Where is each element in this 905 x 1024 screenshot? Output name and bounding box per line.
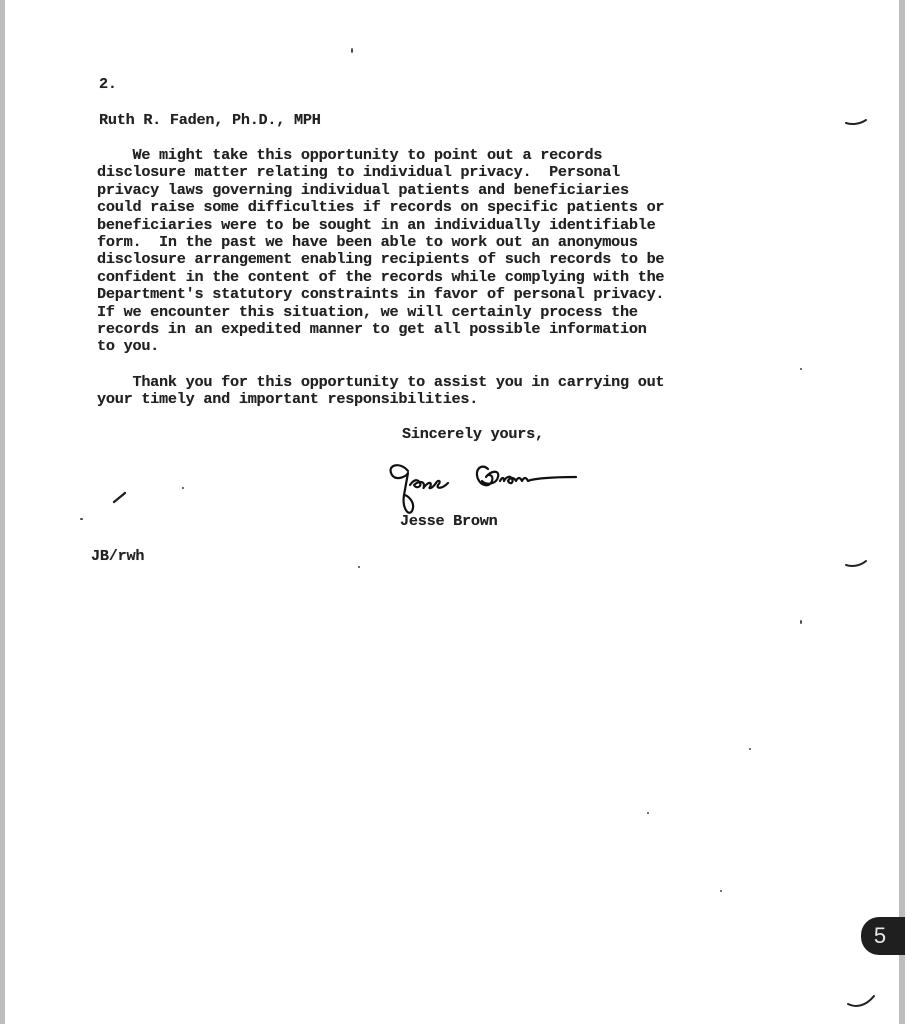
scan-mark-icon <box>844 557 868 569</box>
closing-line: Sincerely yours, <box>402 426 544 443</box>
scan-mark-icon <box>112 490 128 504</box>
viewer-scrollbar-edge[interactable] <box>899 0 905 1024</box>
scan-speck <box>800 368 802 370</box>
scan-speck <box>749 748 751 750</box>
scan-speck <box>647 812 649 814</box>
scan-speck <box>80 518 83 520</box>
body-paragraph-1: We might take this opportunity to point … <box>97 147 664 356</box>
reference-initials: JB/rwh <box>91 548 144 565</box>
page-number-badge[interactable]: 5 <box>861 917 905 955</box>
recipient-line: Ruth R. Faden, Ph.D., MPH <box>99 112 321 129</box>
signer-name: Jesse Brown <box>400 513 498 530</box>
scan-speck <box>351 48 353 53</box>
body-paragraph-2: Thank you for this opportunity to assist… <box>97 374 664 409</box>
scan-speck <box>182 487 184 489</box>
scan-speck <box>720 890 722 892</box>
scan-mark-icon <box>842 990 876 1010</box>
page-marker: 2. <box>99 76 117 93</box>
scan-speck <box>358 566 360 568</box>
scan-speck <box>800 620 802 624</box>
scan-mark-icon <box>844 115 868 127</box>
